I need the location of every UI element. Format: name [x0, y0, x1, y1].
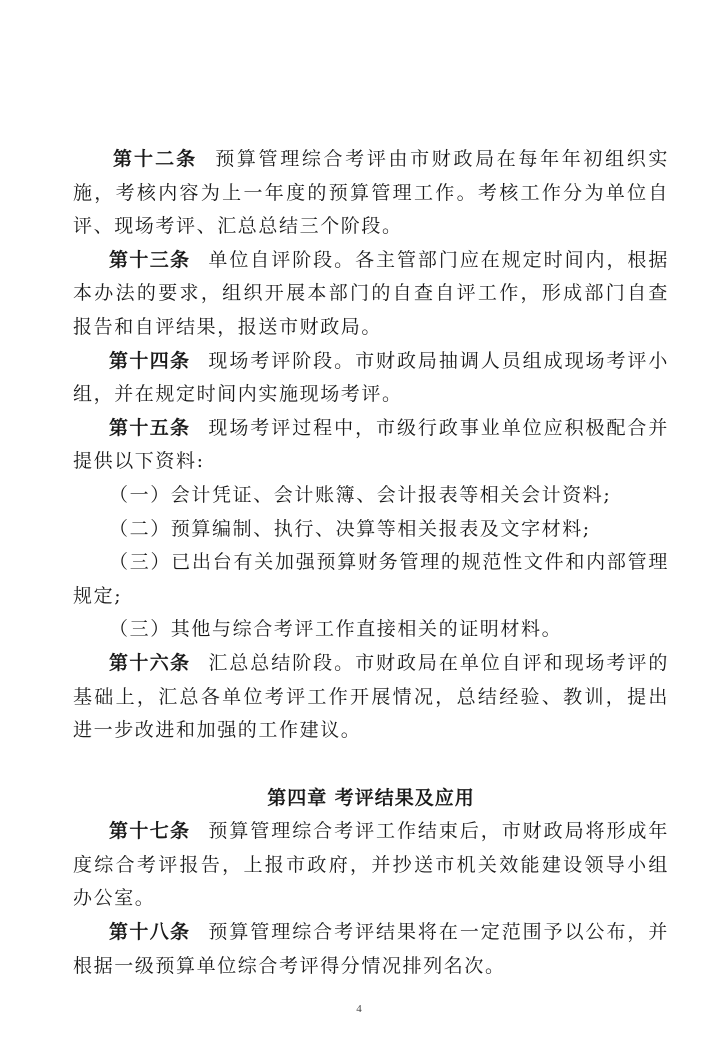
article-number: 第十六条: [109, 652, 190, 674]
article-15: 第十五条现场考评过程中，市级行政事业单位应积极配合并提供以下资料:: [73, 412, 669, 479]
article-18: 第十八条预算管理综合考评结果将在一定范围予以公布，并根据一级预算单位综合考评得分…: [73, 916, 669, 983]
article-number: 第十二条: [113, 148, 197, 170]
page-number: 4: [0, 1003, 718, 1015]
section-spacer: [73, 748, 669, 782]
article-number: 第十八条: [109, 921, 190, 943]
list-item-3: （三）已出台有关加强预算财务管理的规范性文件和内部管理规定;: [73, 546, 669, 613]
article-13: 第十三条单位自评阶段。各主管部门应在规定时间内，根据本办法的要求，组织开展本部门…: [73, 244, 669, 345]
list-item-4: （三）其他与综合考评工作直接相关的证明材料。: [73, 613, 669, 647]
article-17: 第十七条预算管理综合考评工作结束后，市财政局将形成年度综合考评报告，上报市政府，…: [73, 815, 669, 916]
document-page: 第十二条预算管理综合考评由市财政局在每年年初组织实施，考核内容为上一年度的预算管…: [73, 143, 669, 983]
list-item-1: （一）会计凭证、会计账簿、会计报表等相关会计资料;: [73, 479, 669, 513]
article-number: 第十四条: [109, 350, 190, 372]
list-item-2: （二）预算编制、执行、决算等相关报表及文字材料;: [73, 513, 669, 547]
article-number: 第十五条: [109, 417, 190, 439]
article-16: 第十六条汇总总结阶段。市财政局在单位自评和现场考评的基础上，汇总各单位考评工作开…: [73, 647, 669, 748]
article-number: 第十三条: [109, 249, 190, 271]
article-12: 第十二条预算管理综合考评由市财政局在每年年初组织实施，考核内容为上一年度的预算管…: [73, 143, 669, 244]
article-number: 第十七条: [109, 820, 190, 842]
article-14: 第十四条现场考评阶段。市财政局抽调人员组成现场考评小组，并在规定时间内实施现场考…: [73, 345, 669, 412]
chapter-title: 第四章 考评结果及应用: [73, 782, 669, 816]
